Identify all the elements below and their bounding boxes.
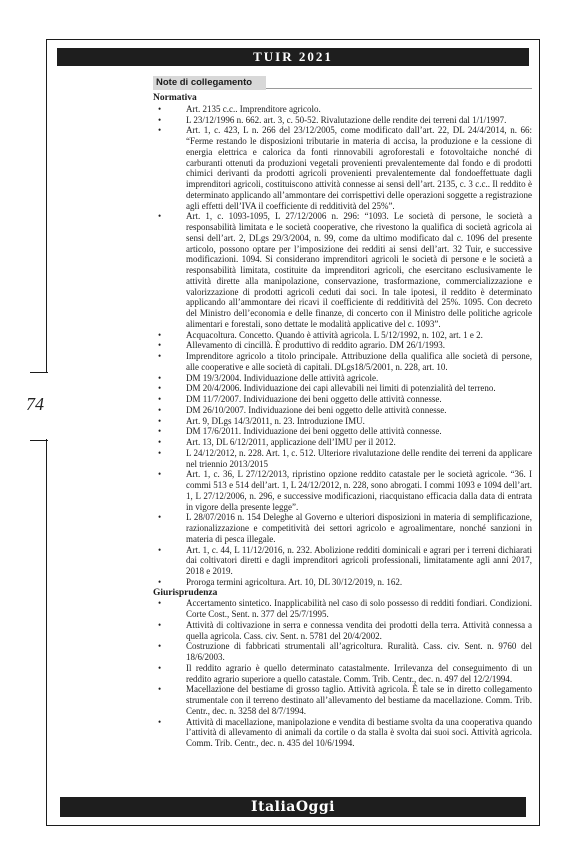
- note-header-label: Note di collegamento: [153, 76, 266, 90]
- list-item: •DM 19/3/2004. Individuazione delle atti…: [153, 373, 532, 384]
- bullet-icon: •: [158, 330, 161, 341]
- list-item: •Attività di coltivazione in serra e con…: [153, 620, 532, 642]
- page-number: 74: [21, 394, 49, 415]
- list-item: •Imprenditore agricolo a titolo principa…: [153, 351, 532, 373]
- publisher-logo: ItaliaOggi: [251, 799, 335, 815]
- list-item-text: L 24/12/2012, n. 228. Art. 1, c. 512. Ul…: [186, 448, 532, 469]
- bullet-icon: •: [158, 512, 161, 523]
- bullet-icon: •: [158, 663, 161, 674]
- list-item-text: Macellazione del bestiame di grosso tagl…: [186, 684, 532, 716]
- list-item-text: Art. 13, DL 6/12/2011, applicazione dell…: [186, 437, 396, 447]
- bullet-icon: •: [158, 437, 161, 448]
- list-item-text: Acquacoltura. Concetto. Quando è attivit…: [186, 330, 483, 340]
- bullet-icon: •: [158, 394, 161, 405]
- section-heading: Giurisprudenza: [153, 588, 532, 599]
- list-item-text: Art. 2135 c.c.. Imprenditore agricolo.: [186, 104, 321, 114]
- bullet-icon: •: [158, 125, 161, 136]
- list-item: •Art. 1, c. 423, L n. 266 del 23/12/2005…: [153, 125, 532, 211]
- list-item-text: Proroga termini agricoltura. Art. 10, DL…: [186, 577, 402, 587]
- list-item: •Accertamento sintetico. Inapplicabilità…: [153, 598, 532, 620]
- bullet-icon: •: [158, 104, 161, 115]
- list-item: •Il reddito agrario è quello determinato…: [153, 663, 532, 685]
- page-title: TUIR 2021: [253, 49, 333, 64]
- bullet-icon: •: [158, 340, 161, 351]
- list-item-text: Allevamento di cincillà. È produttivo di…: [186, 340, 445, 350]
- list-item: •Costruzione di fabbricati strumentali a…: [153, 641, 532, 663]
- bullet-icon: •: [158, 469, 161, 480]
- list-item-text: Il reddito agrario è quello determinato …: [186, 663, 532, 684]
- list-item-text: L 28/07/2016 n. 154 Deleghe al Governo e…: [186, 512, 532, 544]
- list-item: •Art. 1, c. 36, L 27/12/2013, ripristino…: [153, 469, 532, 512]
- list-item-text: Art. 1, c. 423, L n. 266 del 23/12/2005,…: [186, 125, 532, 210]
- list-item-text: Accertamento sintetico. Inapplicabilità …: [186, 598, 532, 619]
- list-item-text: Art. 1, c. 44, L 11/12/2016, n. 232. Abo…: [186, 545, 532, 577]
- list-item: •L 23/12/1996 n. 662. art. 3, c. 50-52. …: [153, 115, 532, 126]
- list-item-text: Attività di coltivazione in serra e conn…: [186, 620, 532, 641]
- list-item: •Acquacoltura. Concetto. Quando è attivi…: [153, 330, 532, 341]
- bullet-icon: •: [158, 620, 161, 631]
- list-item-text: Art. 9, DLgs 14/3/2011, n. 23. Introduzi…: [186, 416, 365, 426]
- border-cap-bottom: [30, 440, 48, 442]
- list-item: •Art. 13, DL 6/12/2011, applicazione del…: [153, 437, 532, 448]
- list-item-text: Attività di macellazione, manipolazione …: [186, 717, 532, 749]
- bullet-icon: •: [158, 383, 161, 394]
- list-item: •Art. 2135 c.c.. Imprenditore agricolo.: [153, 104, 532, 115]
- page-frame: TUIR 2021 Note di collegamento Normativa…: [46, 39, 540, 826]
- list-item-text: DM 19/3/2004. Individuazione delle attiv…: [186, 373, 378, 383]
- list-item: •DM 20/4/2006. Individuazione dei capi a…: [153, 383, 532, 394]
- list-item: •Art. 1, c. 44, L 11/12/2016, n. 232. Ab…: [153, 545, 532, 577]
- list-item-text: Art. 1, c. 36, L 27/12/2013, ripristino …: [186, 469, 532, 511]
- bullet-icon: •: [158, 598, 161, 609]
- list-item: •L 28/07/2016 n. 154 Deleghe al Governo …: [153, 512, 532, 544]
- bullet-icon: •: [158, 211, 161, 222]
- bullet-icon: •: [158, 115, 161, 126]
- bullet-icon: •: [158, 684, 161, 695]
- list-item: •Macellazione del bestiame di grosso tag…: [153, 684, 532, 716]
- notes-body: Normativa•Art. 2135 c.c.. Imprenditore a…: [153, 93, 532, 749]
- list-item: •L 24/12/2012, n. 228. Art. 1, c. 512. U…: [153, 448, 532, 470]
- list-item: •Allevamento di cincillà. È produttivo d…: [153, 340, 532, 351]
- bullet-icon: •: [158, 717, 161, 728]
- border-cap-top: [30, 372, 48, 374]
- notes-column: Note di collegamento Normativa•Art. 2135…: [153, 74, 532, 749]
- bullet-icon: •: [158, 448, 161, 459]
- bullet-icon: •: [158, 405, 161, 416]
- note-header-rule: Note di collegamento: [153, 74, 532, 89]
- bullet-icon: •: [158, 641, 161, 652]
- list-item-text: DM 17/6/2011. Individuazione dei beni og…: [186, 426, 442, 436]
- list-item-text: DM 26/10/2007. Individuazione dei beni o…: [186, 405, 446, 415]
- list-item-text: Imprenditore agricolo a titolo principal…: [186, 351, 532, 372]
- list-item: •Proroga termini agricoltura. Art. 10, D…: [153, 577, 532, 588]
- list-item-text: Art. 1, c. 1093-1095, L 27/12/2006 n. 29…: [186, 211, 532, 329]
- list-item: •Art. 1, c. 1093-1095, L 27/12/2006 n. 2…: [153, 211, 532, 329]
- list-item-text: Costruzione di fabbricati strumentali al…: [186, 641, 532, 662]
- list-item-text: DM 11/7/2007. Individuazione dei beni og…: [186, 394, 442, 404]
- bullet-icon: •: [158, 426, 161, 437]
- publisher-logo-bar: ItaliaOggi: [60, 797, 526, 817]
- bullet-icon: •: [158, 545, 161, 556]
- bullet-icon: •: [158, 373, 161, 384]
- bullet-icon: •: [158, 577, 161, 588]
- bullet-icon: •: [158, 416, 161, 427]
- page-title-bar: TUIR 2021: [57, 48, 529, 66]
- list-item-text: DM 20/4/2006. Individuazione dei capi al…: [186, 383, 496, 393]
- bullet-icon: •: [158, 351, 161, 362]
- list-item: •DM 17/6/2011. Individuazione dei beni o…: [153, 426, 532, 437]
- list-item: •Art. 9, DLgs 14/3/2011, n. 23. Introduz…: [153, 416, 532, 427]
- list-item-text: L 23/12/1996 n. 662. art. 3, c. 50-52. R…: [186, 115, 506, 125]
- list-item: •Attività di macellazione, manipolazione…: [153, 717, 532, 749]
- list-item: •DM 11/7/2007. Individuazione dei beni o…: [153, 394, 532, 405]
- list-item: •DM 26/10/2007. Individuazione dei beni …: [153, 405, 532, 416]
- section-heading: Normativa: [153, 93, 532, 104]
